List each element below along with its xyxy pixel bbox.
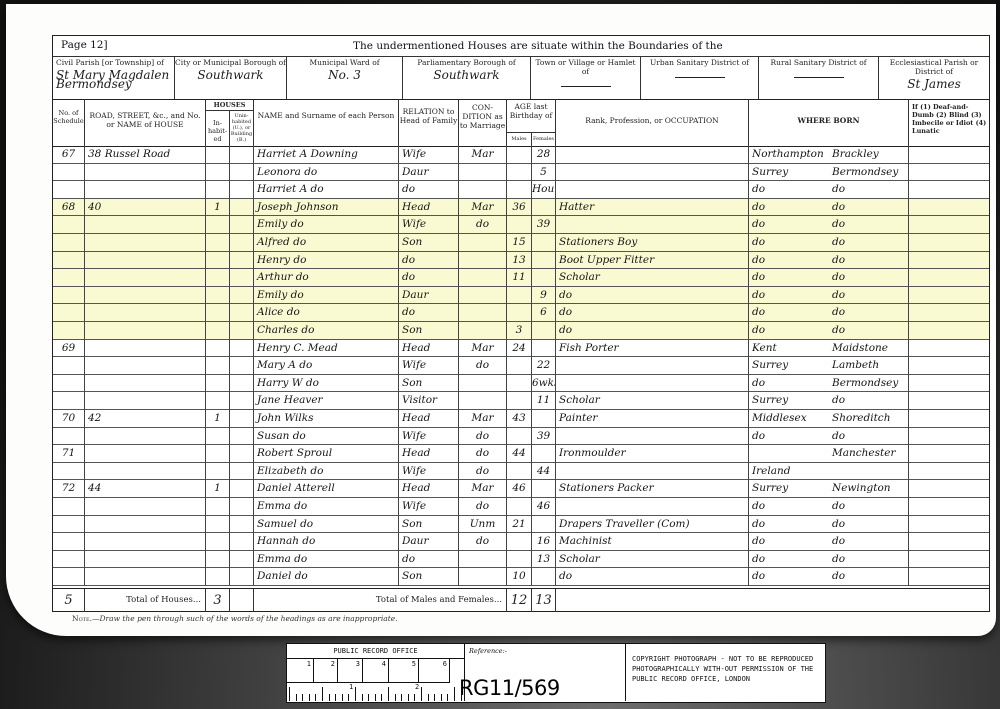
cell-inh xyxy=(206,568,230,586)
ruler-tick xyxy=(421,687,422,701)
cell-uninh xyxy=(230,269,254,287)
cell-sched xyxy=(53,252,85,270)
cell-female: 39 xyxy=(532,216,556,234)
cell-born-county: do xyxy=(749,199,829,217)
cell-born-place: do xyxy=(829,498,909,516)
cell-uninh xyxy=(230,463,254,481)
cell-name: Harriet A do xyxy=(254,181,399,199)
cell-name: Arthur do xyxy=(254,269,399,287)
cell-born-county: Ireland xyxy=(749,463,829,481)
cell-inh xyxy=(206,181,230,199)
cell-road xyxy=(85,164,206,182)
ruler-mark: 5 xyxy=(389,658,419,682)
cell-cond: do xyxy=(459,445,507,463)
cell-sched xyxy=(53,216,85,234)
cell-road xyxy=(85,533,206,551)
cell-road xyxy=(85,216,206,234)
cell-name: Charles do xyxy=(254,322,399,340)
cell-infirm xyxy=(909,551,989,569)
cell-infirm xyxy=(909,234,989,252)
cell-inh xyxy=(206,428,230,446)
cell-born-place: Newington xyxy=(829,480,909,498)
column-headers: No. of Schedule ROAD, STREET, &c., and N… xyxy=(53,99,989,147)
cell-infirm xyxy=(909,410,989,428)
cell-male xyxy=(507,216,532,234)
cell-female xyxy=(532,252,556,270)
cell-female xyxy=(532,340,556,358)
ruler-tick xyxy=(362,694,363,701)
cell-inh xyxy=(206,322,230,340)
cell-occ: Hatter xyxy=(556,199,749,217)
cell-male xyxy=(507,304,532,322)
ruler-tick xyxy=(381,694,382,701)
cell-occ: Ironmoulder xyxy=(556,445,749,463)
cell-name: Hannah do xyxy=(254,533,399,551)
ruler-tick xyxy=(348,694,349,701)
cell-uninh xyxy=(230,568,254,586)
cell-born-county: do xyxy=(749,304,829,322)
cell-rel: Wife xyxy=(399,216,459,234)
cell-sched xyxy=(53,428,85,446)
ruler-tick xyxy=(368,694,369,701)
cell-infirm xyxy=(909,269,989,287)
table-row: Emma doWifedo46dodo xyxy=(53,498,989,516)
cell-uninh xyxy=(230,340,254,358)
cell-sched xyxy=(53,392,85,410)
header-females: Females xyxy=(532,133,556,146)
boundary-ecclesiastical-parish: Ecclesiastical Parish or District of St … xyxy=(879,56,989,99)
table-row: Samuel doSonUnm21Drapers Traveller (Com)… xyxy=(53,516,989,534)
cell-road xyxy=(85,568,206,586)
cell-occ: Fish Porter xyxy=(556,340,749,358)
cell-uninh xyxy=(230,375,254,393)
cell-born-county: Surrey xyxy=(749,164,829,182)
cell-born-county: Surrey xyxy=(749,357,829,375)
cell-inh xyxy=(206,498,230,516)
table-row: Daniel doSon10dododo xyxy=(53,568,989,586)
blank-dash xyxy=(675,77,725,78)
table-row: Harry W doSon6wksdoBermondsey xyxy=(53,375,989,393)
cell-rel: Daur xyxy=(399,287,459,305)
ruler-tick xyxy=(375,694,376,701)
cell-occ: Scholar xyxy=(556,551,749,569)
table-row: Leonora doDaur5SurreyBermondsey xyxy=(53,164,989,182)
cell-infirm xyxy=(909,304,989,322)
cell-female: 13 xyxy=(532,551,556,569)
cell-born-place: Manchester xyxy=(829,445,909,463)
table-row: Harriet A dodoHoursdodo xyxy=(53,181,989,199)
blank-dash xyxy=(794,77,844,78)
cell-born-county: do xyxy=(749,269,829,287)
cell-male: 21 xyxy=(507,516,532,534)
table-row: Charles doSon3dododo xyxy=(53,322,989,340)
total-females: 13 xyxy=(532,589,556,612)
cell-name: Mary A do xyxy=(254,357,399,375)
cell-sched xyxy=(53,234,85,252)
cell-rel: Head xyxy=(399,480,459,498)
cell-rel: Head xyxy=(399,199,459,217)
cell-inh xyxy=(206,287,230,305)
cell-cond: do xyxy=(459,357,507,375)
cell-female: 6wks xyxy=(532,375,556,393)
note-text: —Draw the pen through such of the words … xyxy=(92,614,398,623)
ruler-tick xyxy=(414,694,415,701)
total-females-value: 13 xyxy=(535,593,552,608)
cell-male xyxy=(507,287,532,305)
cell-cond xyxy=(459,234,507,252)
total-males-value: 12 xyxy=(511,593,528,608)
form-title: The undermentioned Houses are situate wi… xyxy=(353,40,723,52)
cell-born-county: do xyxy=(749,533,829,551)
cell-sched xyxy=(53,498,85,516)
cell-born-place: Shoreditch xyxy=(829,410,909,428)
cell-male: 13 xyxy=(507,252,532,270)
ruler-tick xyxy=(329,694,330,701)
boundary-municipal-borough: City or Municipal Borough of Southwark xyxy=(175,56,287,99)
cell-born-county: do xyxy=(749,551,829,569)
ruler-tick xyxy=(296,694,297,701)
reference-label: Reference:- xyxy=(469,647,507,655)
cell-road xyxy=(85,498,206,516)
cell-born-county: Surrey xyxy=(749,392,829,410)
table-row: Alice dodo6dododo xyxy=(53,304,989,322)
cell-road: 44 xyxy=(85,480,206,498)
total-houses-inhabited: 3 xyxy=(206,589,230,612)
cell-road xyxy=(85,516,206,534)
cell-infirm xyxy=(909,340,989,358)
cell-road xyxy=(85,287,206,305)
ruler-tick xyxy=(447,694,448,701)
ruler-mark: 1 xyxy=(287,658,314,682)
cell-uninh xyxy=(230,216,254,234)
cell-cond: do xyxy=(459,463,507,481)
cell-infirm xyxy=(909,375,989,393)
cell-infirm xyxy=(909,498,989,516)
cell-female: Hours xyxy=(532,181,556,199)
cell-uninh xyxy=(230,428,254,446)
header-infirmity: If (1) Deaf-and-Dumb (2) Blind (3) Imbec… xyxy=(909,99,989,146)
ruler-tick xyxy=(335,694,336,701)
copyright-notice: COPYRIGHT PHOTOGRAPH - NOT TO BE REPRODU… xyxy=(632,654,822,684)
cell-female xyxy=(532,480,556,498)
cell-sched xyxy=(53,269,85,287)
cell-cond: do xyxy=(459,533,507,551)
cell-road xyxy=(85,375,206,393)
cell-inh xyxy=(206,304,230,322)
cell-sched xyxy=(53,516,85,534)
cell-cond xyxy=(459,181,507,199)
cell-infirm xyxy=(909,199,989,217)
cell-road: 38 Russel Road xyxy=(85,146,206,164)
cell-born-place xyxy=(829,463,909,481)
ruler-tick xyxy=(289,687,290,701)
ruler-tick xyxy=(302,694,303,701)
cell-male xyxy=(507,428,532,446)
cell-uninh xyxy=(230,252,254,270)
cell-born-place: do xyxy=(829,234,909,252)
cell-occ: do xyxy=(556,287,749,305)
cell-uninh xyxy=(230,533,254,551)
cell-cond xyxy=(459,322,507,340)
cell-female xyxy=(532,234,556,252)
cell-infirm xyxy=(909,392,989,410)
ruler-mark: 4 xyxy=(363,658,389,682)
cell-name: Joseph Johnson xyxy=(254,199,399,217)
cell-uninh xyxy=(230,392,254,410)
cell-occ xyxy=(556,164,749,182)
cell-male xyxy=(507,375,532,393)
cell-road xyxy=(85,322,206,340)
header-uninhabited: Unin-habited (U.), or Building (B.) xyxy=(230,111,254,146)
cell-cond xyxy=(459,252,507,270)
totals-row: 5 Total of Houses... 3 Total of Males an… xyxy=(53,588,989,612)
cell-born-county xyxy=(749,445,829,463)
cell-rel: Son xyxy=(399,568,459,586)
cell-cond: do xyxy=(459,216,507,234)
cell-born-place: do xyxy=(829,287,909,305)
cell-sched: 72 xyxy=(53,480,85,498)
boundary-value: Southwark xyxy=(403,71,530,80)
cell-occ: Scholar xyxy=(556,392,749,410)
cell-road xyxy=(85,445,206,463)
cell-road xyxy=(85,357,206,375)
note-lead: Note. xyxy=(72,614,92,623)
cell-rel: do xyxy=(399,181,459,199)
cell-occ xyxy=(556,498,749,516)
cell-born-place: do xyxy=(829,304,909,322)
cell-born-place: do xyxy=(829,516,909,534)
boundary-label: Rural Sanitary District of xyxy=(771,58,867,67)
cell-name: Daniel do xyxy=(254,568,399,586)
ruler-tick xyxy=(428,694,429,701)
boundary-label: City or Municipal Borough of xyxy=(175,58,286,67)
cell-born-county: do xyxy=(749,234,829,252)
cell-male: 44 xyxy=(507,445,532,463)
cell-occ xyxy=(556,375,749,393)
cell-cond xyxy=(459,551,507,569)
cell-name: Elizabeth do xyxy=(254,463,399,481)
boundary-label: Parliamentary Borough of xyxy=(417,58,515,67)
cell-road xyxy=(85,463,206,481)
cell-born-county: do xyxy=(749,516,829,534)
cell-born-county: do xyxy=(749,322,829,340)
ruler-tick xyxy=(315,694,316,701)
boundary-urban-sanitary: Urban Sanitary District of xyxy=(641,56,759,99)
cell-inh xyxy=(206,516,230,534)
cell-female xyxy=(532,269,556,287)
cell-road xyxy=(85,234,206,252)
cell-male xyxy=(507,498,532,516)
cell-inh xyxy=(206,463,230,481)
cell-inh: 1 xyxy=(206,480,230,498)
cell-male xyxy=(507,146,532,164)
cell-inh xyxy=(206,269,230,287)
cell-name: Emily do xyxy=(254,287,399,305)
table-row: Arthur dodo11Scholardodo xyxy=(53,269,989,287)
cell-infirm xyxy=(909,252,989,270)
cell-sched: 71 xyxy=(53,445,85,463)
table-row: Mary A doWifedo22SurreyLambeth xyxy=(53,357,989,375)
cell-rel: Wife xyxy=(399,357,459,375)
cell-born-place: Maidstone xyxy=(829,340,909,358)
cell-infirm xyxy=(909,216,989,234)
cell-occ xyxy=(556,463,749,481)
cell-inh xyxy=(206,252,230,270)
boundary-label: Ecclesiastical Parish or District of xyxy=(890,58,978,76)
table-row: Alfred doSon15Stationers Boydodo xyxy=(53,234,989,252)
cell-inh xyxy=(206,164,230,182)
cell-sched xyxy=(53,463,85,481)
cell-born-county: do xyxy=(749,216,829,234)
boundary-value: St Mary Magdalen Bermondsey xyxy=(56,71,174,89)
total-houses-label: Total of Houses... xyxy=(85,589,206,612)
cell-name: Susan do xyxy=(254,428,399,446)
total-males: 12 xyxy=(507,589,532,612)
cell-rel: Visitor xyxy=(399,392,459,410)
cell-cond xyxy=(459,164,507,182)
cell-born-county: Northampton xyxy=(749,146,829,164)
boundary-parliamentary-borough: Parliamentary Borough of Southwark xyxy=(403,56,531,99)
census-form: Page 12] The undermentioned Houses are s… xyxy=(52,35,990,612)
cell-occ xyxy=(556,428,749,446)
boundary-value: St James xyxy=(879,80,989,89)
cell-female xyxy=(532,445,556,463)
boundary-rural-sanitary: Rural Sanitary District of xyxy=(759,56,879,99)
cell-uninh xyxy=(230,164,254,182)
cell-rel: Son xyxy=(399,234,459,252)
cell-inh xyxy=(206,551,230,569)
cell-male: 36 xyxy=(507,199,532,217)
cell-occ: Drapers Traveller (Com) xyxy=(556,516,749,534)
cell-born-county: do xyxy=(749,375,829,393)
cell-occ: do xyxy=(556,568,749,586)
cell-inh xyxy=(206,340,230,358)
header-name: NAME and Surname of each Person xyxy=(254,99,399,146)
cell-male: 3 xyxy=(507,322,532,340)
cell-inh xyxy=(206,146,230,164)
header-schedule: No. of Schedule xyxy=(53,99,85,146)
page-label: Page 12] xyxy=(61,39,108,51)
table-row: 71Robert SproulHeaddo44IronmoulderManche… xyxy=(53,445,989,463)
cell-born-place: Lambeth xyxy=(829,357,909,375)
cell-name: Robert Sproul xyxy=(254,445,399,463)
cell-occ: Scholar xyxy=(556,269,749,287)
ruler-mark: 6 xyxy=(419,658,450,682)
cell-name: Leonora do xyxy=(254,164,399,182)
cell-cond: Mar xyxy=(459,410,507,428)
boundary-label: Urban Sanitary District of xyxy=(650,58,749,67)
cell-sched xyxy=(53,287,85,305)
cell-uninh xyxy=(230,199,254,217)
cell-female xyxy=(532,516,556,534)
header-occupation: Rank, Profession, or OCCUPATION xyxy=(556,99,749,146)
cell-inh xyxy=(206,357,230,375)
table-row: Elizabeth doWifedo44Ireland xyxy=(53,463,989,481)
cell-sched xyxy=(53,533,85,551)
table-row: 70421John WilksHeadMar43PainterMiddlesex… xyxy=(53,410,989,428)
cell-infirm xyxy=(909,164,989,182)
cell-born-county: do xyxy=(749,252,829,270)
boundary-civil-parish: Civil Parish [or Township] of St Mary Ma… xyxy=(53,56,175,99)
cell-inh xyxy=(206,445,230,463)
cell-female: 28 xyxy=(532,146,556,164)
cell-male: 43 xyxy=(507,410,532,428)
cell-cond xyxy=(459,375,507,393)
cell-born-county: do xyxy=(749,568,829,586)
cell-male: 46 xyxy=(507,480,532,498)
cell-road xyxy=(85,340,206,358)
header-males: Males xyxy=(507,133,532,146)
cell-uninh xyxy=(230,146,254,164)
cell-male: 15 xyxy=(507,234,532,252)
cell-inh xyxy=(206,375,230,393)
cell-inh: 1 xyxy=(206,410,230,428)
cell-sched xyxy=(53,181,85,199)
cell-rel: do xyxy=(399,551,459,569)
cell-road xyxy=(85,392,206,410)
cell-rel: Daur xyxy=(399,164,459,182)
ruler-tick xyxy=(441,694,442,701)
cell-rel: Head xyxy=(399,410,459,428)
cell-name: Harriet A Downing xyxy=(254,146,399,164)
header-where-born: WHERE BORN xyxy=(749,99,909,146)
cell-road: 42 xyxy=(85,410,206,428)
cell-rel: Wife xyxy=(399,428,459,446)
cell-infirm xyxy=(909,463,989,481)
header-houses: HOUSES xyxy=(206,99,254,111)
boundaries-row: Civil Parish [or Township] of St Mary Ma… xyxy=(53,56,989,100)
table-row: Emily doDaur9dododo xyxy=(53,287,989,305)
table-row: Jane HeaverVisitor11ScholarSurreydo xyxy=(53,392,989,410)
header-condition: CON-DITION as to Marriage xyxy=(459,99,507,146)
total-houses-value: 3 xyxy=(213,593,221,608)
cell-name: Daniel Atterell xyxy=(254,480,399,498)
cell-rel: Wife xyxy=(399,463,459,481)
cell-uninh xyxy=(230,445,254,463)
cell-name: Alice do xyxy=(254,304,399,322)
cell-born-place: do xyxy=(829,568,909,586)
cell-born-county: do xyxy=(749,498,829,516)
cell-name: Henry C. Mead xyxy=(254,340,399,358)
ruler-tick xyxy=(309,694,310,701)
cell-female: 22 xyxy=(532,357,556,375)
cell-infirm xyxy=(909,533,989,551)
cell-infirm xyxy=(909,568,989,586)
ruler-tick xyxy=(454,687,455,701)
cell-female xyxy=(532,568,556,586)
cell-road xyxy=(85,304,206,322)
cell-born-place: Bermondsey xyxy=(829,375,909,393)
pro-title: PUBLIC RECORD OFFICE xyxy=(287,644,464,659)
cell-sched: 69 xyxy=(53,340,85,358)
cell-sched xyxy=(53,322,85,340)
cell-sched: 70 xyxy=(53,410,85,428)
cell-sched: 68 xyxy=(53,199,85,217)
cell-born-place: do xyxy=(829,252,909,270)
cell-infirm xyxy=(909,322,989,340)
cell-born-county: Kent xyxy=(749,340,829,358)
cell-infirm xyxy=(909,287,989,305)
cell-rel: do xyxy=(399,304,459,322)
header-age: AGE last Birthday of xyxy=(507,99,556,133)
cell-sched xyxy=(53,375,85,393)
public-record-office-stamp: PUBLIC RECORD OFFICE 1 2 3 4 5 6 1 2 Ref… xyxy=(286,643,826,703)
cell-occ: Painter xyxy=(556,410,749,428)
cell-rel: Son xyxy=(399,375,459,393)
cell-born-county: do xyxy=(749,428,829,446)
cell-female: 46 xyxy=(532,498,556,516)
cell-female: 5 xyxy=(532,164,556,182)
